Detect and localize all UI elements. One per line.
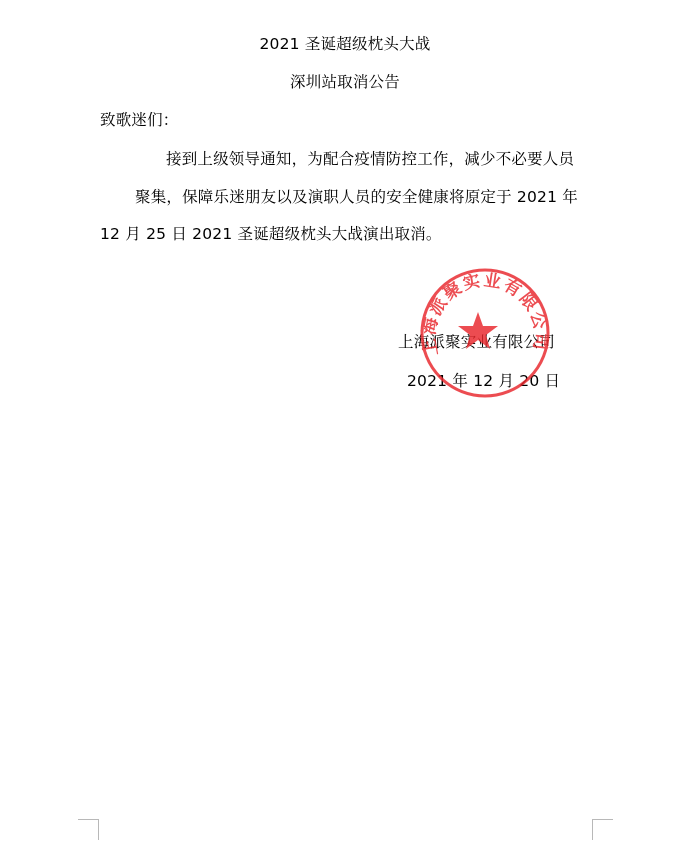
page-corner-mark-left — [78, 819, 99, 840]
body-line-2: 聚集，保障乐迷朋友以及演职人员的安全健康将原定于 2021 年 — [135, 187, 578, 207]
title-line-2: 深圳站取消公告 — [0, 72, 690, 92]
body-line-1: 接到上级领导通知，为配合疫情防控工作，减少不必要人员 — [166, 149, 574, 169]
document-page: 2021 圣诞超级枕头大战 深圳站取消公告 致歌迷们： 接到上级领导通知，为配合… — [0, 0, 690, 848]
body-line-3: 12 月 25 日 2021 圣诞超级枕头大战演出取消。 — [100, 224, 442, 244]
signature-company: 上海派聚实业有限公司 — [398, 332, 555, 352]
page-corner-mark-right — [592, 819, 613, 840]
greeting: 致歌迷们： — [100, 110, 179, 130]
signature-date: 2021 年 12 月 20 日 — [407, 371, 560, 391]
title-line-1: 2021 圣诞超级枕头大战 — [0, 34, 690, 54]
